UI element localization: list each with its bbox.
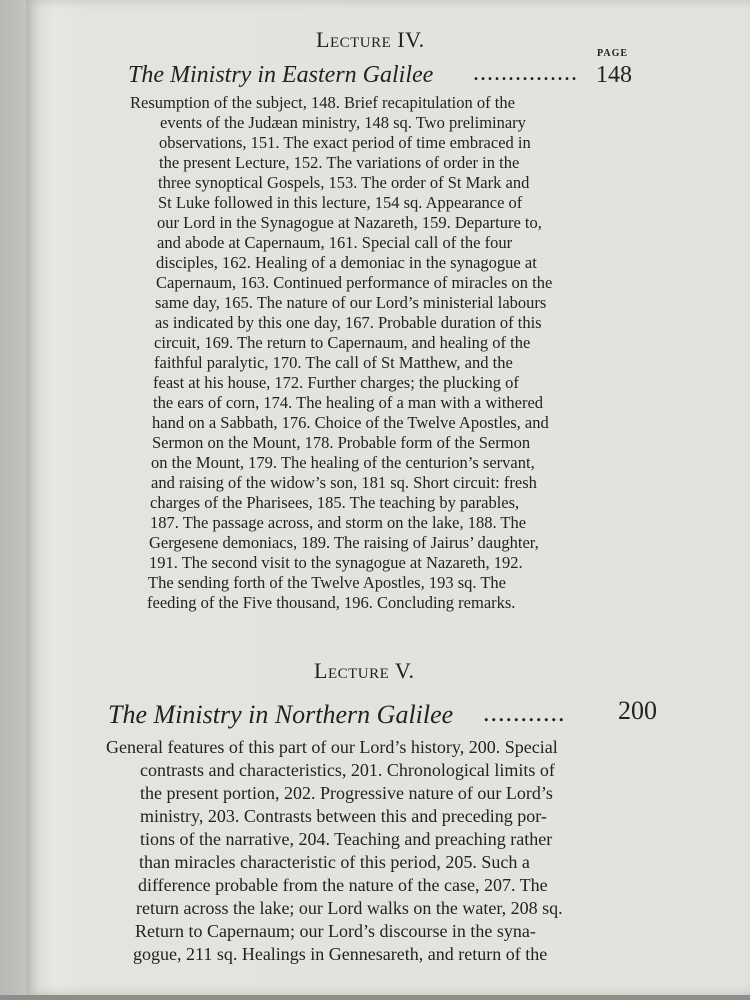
page-bottom-edge: [0, 995, 750, 1000]
lecture-4-heading-numeral: IV.: [397, 27, 424, 52]
summary-line: hand on a Sabbath, 176. Choice of the Tw…: [152, 413, 549, 433]
summary-line: tions of the narrative, 204. Teaching an…: [140, 829, 552, 850]
summary-line: difference probable from the nature of t…: [138, 875, 548, 896]
summary-line: The sending forth of the Twelve Apostles…: [148, 573, 506, 593]
summary-line: circuit, 169. The return to Capernaum, a…: [154, 333, 530, 353]
summary-line: gogue, 211 sq. Healings in Gennesareth, …: [133, 944, 547, 965]
summary-line: Resumption of the subject, 148. Brief re…: [130, 93, 515, 113]
summary-line: observations, 151. The exact period of t…: [159, 133, 531, 153]
lecture-5-page-number: 200: [618, 696, 657, 726]
lecture-5-heading-numeral: V.: [395, 658, 415, 683]
summary-line: 191. The second visit to the synagogue a…: [149, 553, 523, 573]
summary-line: contrasts and characteristics, 201. Chro…: [140, 760, 555, 781]
lecture-4-title: The Ministry in Eastern Galilee: [128, 62, 433, 88]
summary-line: return across the lake; our Lord walks o…: [136, 898, 563, 919]
summary-line: Sermon on the Mount, 178. Probable form …: [152, 433, 530, 453]
summary-line: three synoptical Gospels, 153. The order…: [158, 173, 529, 193]
summary-line: as indicated by this one day, 167. Proba…: [155, 313, 542, 333]
summary-line: disciples, 162. Healing of a demoniac in…: [156, 253, 537, 273]
summary-line: St Luke followed in this lecture, 154 sq…: [158, 193, 522, 213]
summary-line: our Lord in the Synagogue at Nazareth, 1…: [157, 213, 542, 233]
lecture-4-heading-prefix: Lecture: [316, 27, 391, 52]
lecture-4-page-number: 148: [596, 62, 632, 89]
summary-line: events of the Judæan ministry, 148 sq. T…: [160, 113, 526, 133]
summary-line: feeding of the Five thousand, 196. Concl…: [147, 593, 515, 613]
summary-line: and raising of the widow’s son, 181 sq. …: [151, 473, 537, 493]
summary-line: 187. The passage across, and storm on th…: [150, 513, 526, 533]
summary-line: the present portion, 202. Progressive na…: [140, 783, 553, 804]
summary-line: same day, 165. The nature of our Lord’s …: [155, 293, 546, 313]
summary-line: Capernaum, 163. Continued performance of…: [156, 273, 552, 293]
lecture-4-title-row: The Ministry in Eastern Galilee ........…: [128, 62, 638, 89]
summary-line: and abode at Capernaum, 161. Special cal…: [157, 233, 512, 253]
summary-line: Gergesene demoniacs, 189. The raising of…: [149, 533, 539, 553]
lecture-5-dot-leader: ...........: [483, 698, 566, 728]
lecture-4-heading: Lecture IV.: [316, 27, 425, 53]
summary-line: charges of the Pharisees, 185. The teach…: [150, 493, 519, 513]
summary-line: Return to Capernaum; our Lord’s discours…: [135, 921, 536, 942]
page-column-label: PAGE: [597, 48, 628, 59]
summary-line: than miracles characteristic of this per…: [139, 852, 530, 873]
summary-line: ministry, 203. Contrasts between this an…: [140, 806, 547, 827]
summary-line: General features of this part of our Lor…: [106, 737, 558, 758]
summary-line: the ears of corn, 174. The healing of a …: [153, 393, 543, 413]
lecture-5-title: The Ministry in Northern Galilee: [108, 700, 453, 729]
summary-line: on the Mount, 179. The healing of the ce…: [151, 453, 535, 473]
lecture-5-heading: Lecture V.: [314, 658, 414, 684]
summary-line: faithful paralytic, 170. The call of St …: [154, 353, 513, 373]
summary-line: the present Lecture, 152. The variations…: [159, 153, 519, 173]
lecture-4-dot-leader: ...............: [473, 60, 578, 87]
summary-line: feast at his house, 172. Further charges…: [153, 373, 519, 393]
lecture-5-title-row: The Ministry in Northern Galilee .......…: [108, 700, 668, 730]
lecture-5-heading-prefix: Lecture: [314, 658, 389, 683]
